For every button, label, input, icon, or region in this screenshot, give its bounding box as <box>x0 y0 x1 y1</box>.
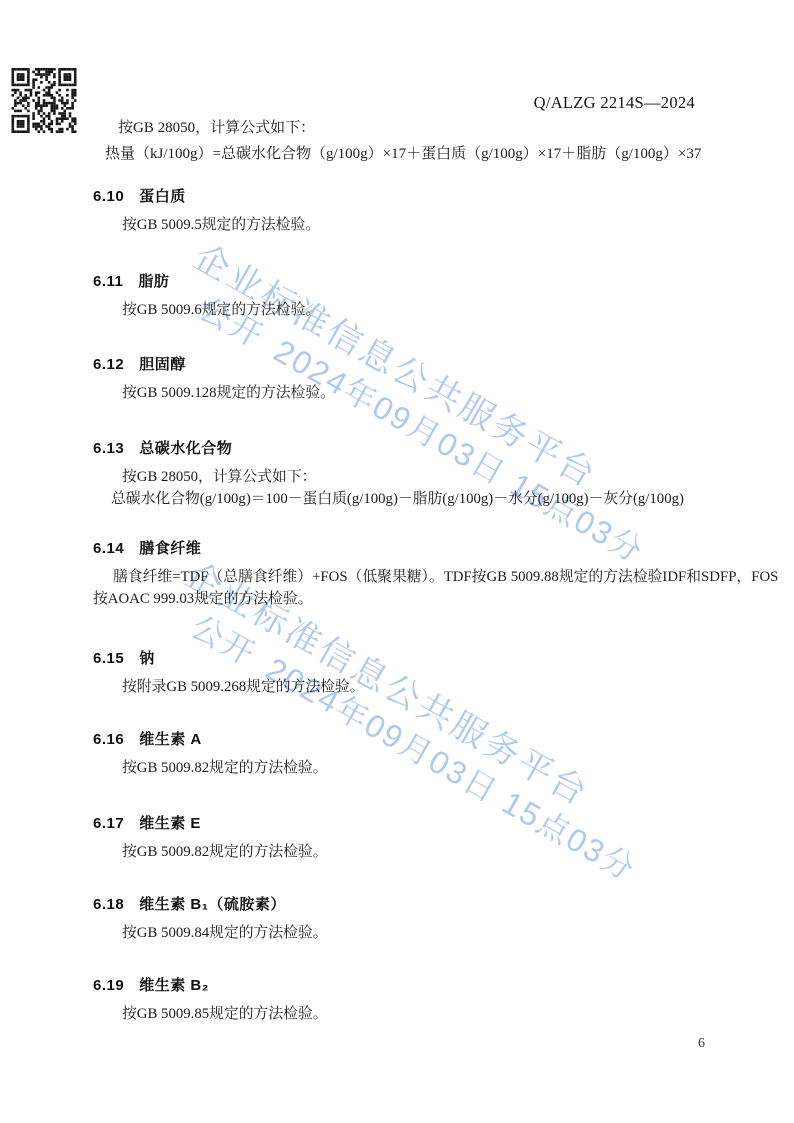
section-heading: 6.14膳食纤维 <box>93 540 734 557</box>
section-heading: 6.13总碳水化合物 <box>93 440 734 457</box>
section-heading: 6.12胆固醇 <box>93 356 734 373</box>
section-number: 6.10 <box>93 188 124 205</box>
section-heading: 6.17维生素 E <box>93 815 734 832</box>
section-heading: 6.10蛋白质 <box>93 188 734 205</box>
section-title: 膳食纤维 <box>139 540 201 557</box>
section-title: 脂肪 <box>138 273 169 290</box>
section-number: 6.15 <box>93 650 124 667</box>
section: 6.17维生素 E 按GB 5009.82规定的方法检验。 <box>93 815 734 861</box>
section-body-line: 按GB 5009.84规定的方法检验。 <box>122 925 734 942</box>
section-number: 6.14 <box>93 540 124 557</box>
section-number: 6.17 <box>93 815 124 832</box>
section-title: 维生素 B₁（硫胺素） <box>139 896 286 913</box>
section-title: 维生素 A <box>139 731 202 748</box>
section-number: 6.16 <box>93 731 124 748</box>
section-title: 钠 <box>139 650 155 667</box>
section-body-line: 按GB 5009.6规定的方法检验。 <box>122 302 734 319</box>
section-body-line: 总碳水化合物(g/100g)＝100－蛋白质(g/100g)－脂肪(g/100g… <box>111 491 734 508</box>
section-heading: 6.15钠 <box>93 650 734 667</box>
section-body-line: 按AOAC 999.03规定的方法检验。 <box>93 591 734 608</box>
section-title: 胆固醇 <box>139 356 186 373</box>
intro-calc-note: 按GB 28050，计算公式如下： <box>118 116 315 137</box>
section-number: 6.19 <box>93 977 124 994</box>
section: 6.11脂肪 按GB 5009.6规定的方法检验。 <box>93 273 734 319</box>
section-body-line: 按GB 5009.82规定的方法检验。 <box>122 760 734 777</box>
section: 6.16维生素 A 按GB 5009.82规定的方法检验。 <box>93 731 734 777</box>
section-number: 6.12 <box>93 356 124 373</box>
section-heading: 6.16维生素 A <box>93 731 734 748</box>
watermark-date-line: 公开2024年09月03日 15点03分 <box>194 291 650 569</box>
section: 6.12胆固醇 按GB 5009.128规定的方法检验。 <box>93 356 734 402</box>
page-number: 6 <box>698 1036 705 1052</box>
section: 6.13总碳水化合物 按GB 28050，计算公式如下：总碳水化合物(g/100… <box>93 440 734 508</box>
section-body-line: 膳食纤维=TDF（总膳食纤维）+FOS（低聚果糖）。TDF按GB 5009.88… <box>113 569 734 586</box>
section: 6.18维生素 B₁（硫胺素） 按GB 5009.84规定的方法检验。 <box>93 896 734 942</box>
section-number: 6.11 <box>93 273 123 290</box>
section-heading: 6.18维生素 B₁（硫胺素） <box>93 896 734 913</box>
section-title: 蛋白质 <box>139 188 186 205</box>
section-title: 总碳水化合物 <box>139 440 232 457</box>
section: 6.10蛋白质 按GB 5009.5规定的方法检验。 <box>93 188 734 234</box>
section-body-line: 按GB 5009.85规定的方法检验。 <box>122 1006 734 1023</box>
section-heading: 6.19维生素 B₂ <box>93 977 734 994</box>
section-body-line: 按GB 5009.128规定的方法检验。 <box>122 385 734 402</box>
doc-number: Q/ALZG 2214S—2024 <box>534 93 695 113</box>
section-body-line: 按GB 5009.82规定的方法检验。 <box>122 844 734 861</box>
section-title: 维生素 E <box>139 815 201 832</box>
section-body-line: 按附录GB 5009.268规定的方法检验。 <box>122 679 734 696</box>
section-number: 6.13 <box>93 440 124 457</box>
section-number: 6.18 <box>93 896 124 913</box>
section: 6.19维生素 B₂ 按GB 5009.85规定的方法检验。 <box>93 977 734 1023</box>
section-heading: 6.11脂肪 <box>93 273 734 290</box>
document-page: Q/ALZG 2214S—2024 按GB 28050，计算公式如下： 热量（k… <box>0 0 794 1123</box>
section-body-line: 按GB 5009.5规定的方法检验。 <box>122 217 734 234</box>
section: 6.14膳食纤维 膳食纤维=TDF（总膳食纤维）+FOS（低聚果糖）。TDF按G… <box>93 540 734 608</box>
qr-code-icon <box>10 68 78 133</box>
energy-formula: 热量（kJ/100g）=总碳水化合物（g/100g）×17＋蛋白质（g/100g… <box>105 142 701 163</box>
section: 6.15钠 按附录GB 5009.268规定的方法检验。 <box>93 650 734 696</box>
section-title: 维生素 B₂ <box>139 977 209 994</box>
section-body-line: 按GB 28050，计算公式如下： <box>122 469 734 486</box>
